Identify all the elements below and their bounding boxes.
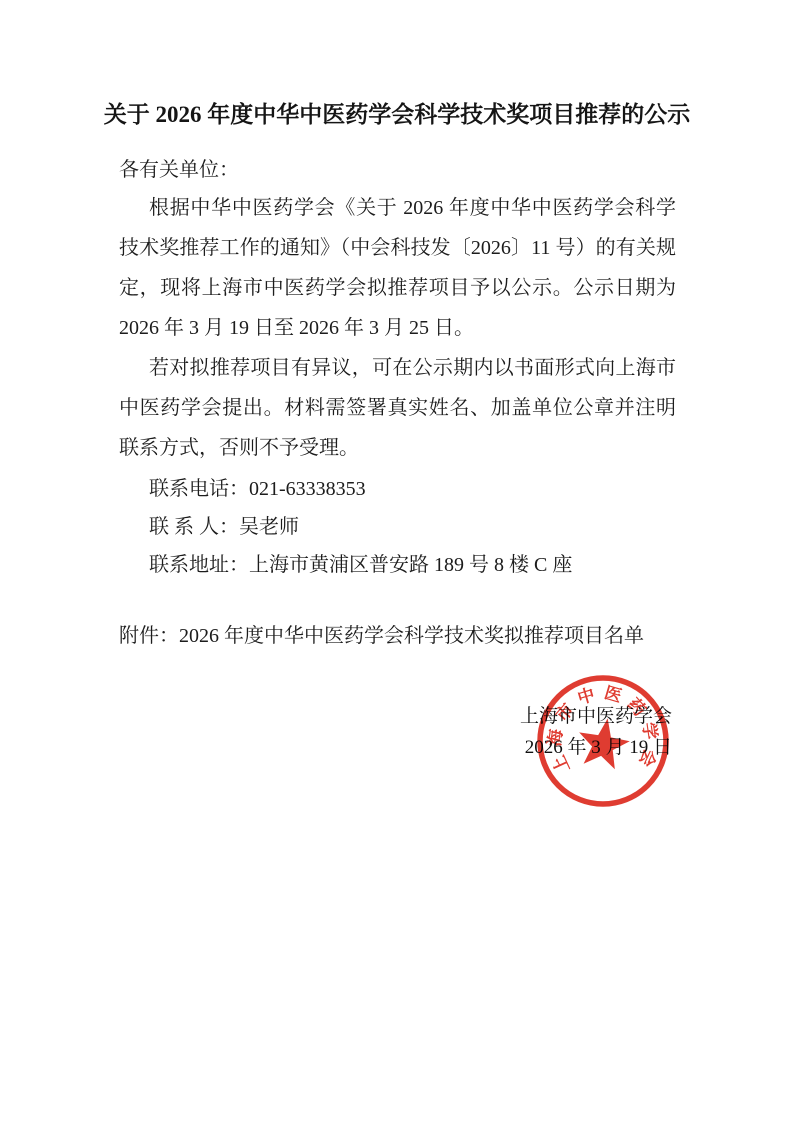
contact-address-line: 联系地址：上海市黄浦区普安路 189 号 8 楼 C 座 xyxy=(119,546,676,584)
attachment-line: 附件：2026 年度中华中医药学会科学技术奖拟推荐项目名单 xyxy=(119,617,719,655)
signature-date: 2026 年 3 月 19 日 xyxy=(520,732,672,763)
body-paragraph-2: 若对拟推荐项目有异议，可在公示期内以书面形式向上海市中医药学会提出。材料需签署真… xyxy=(119,348,676,468)
document-page: 关于 2026 年度中华中医药学会科学技术奖项目推荐的公示 各有关单位： 根据中… xyxy=(0,0,794,1123)
document-title: 关于 2026 年度中华中医药学会科学技术奖项目推荐的公示 xyxy=(0,100,794,130)
contact-block: 联系电话：021-63338353 联 系 人：吴老师 联系地址：上海市黄浦区普… xyxy=(119,470,676,584)
salutation-line: 各有关单位： xyxy=(119,157,239,183)
signature-block: 上海市中医药学会 2026 年 3 月 19 日 xyxy=(520,701,672,763)
contact-phone-line: 联系电话：021-63338353 xyxy=(119,470,676,508)
body-paragraph-1: 根据中华中医药学会《关于 2026 年度中华中医药学会科学技术奖推荐工作的通知》… xyxy=(119,188,676,348)
contact-person-line: 联 系 人：吴老师 xyxy=(119,508,676,546)
signature-org: 上海市中医药学会 xyxy=(520,701,672,732)
